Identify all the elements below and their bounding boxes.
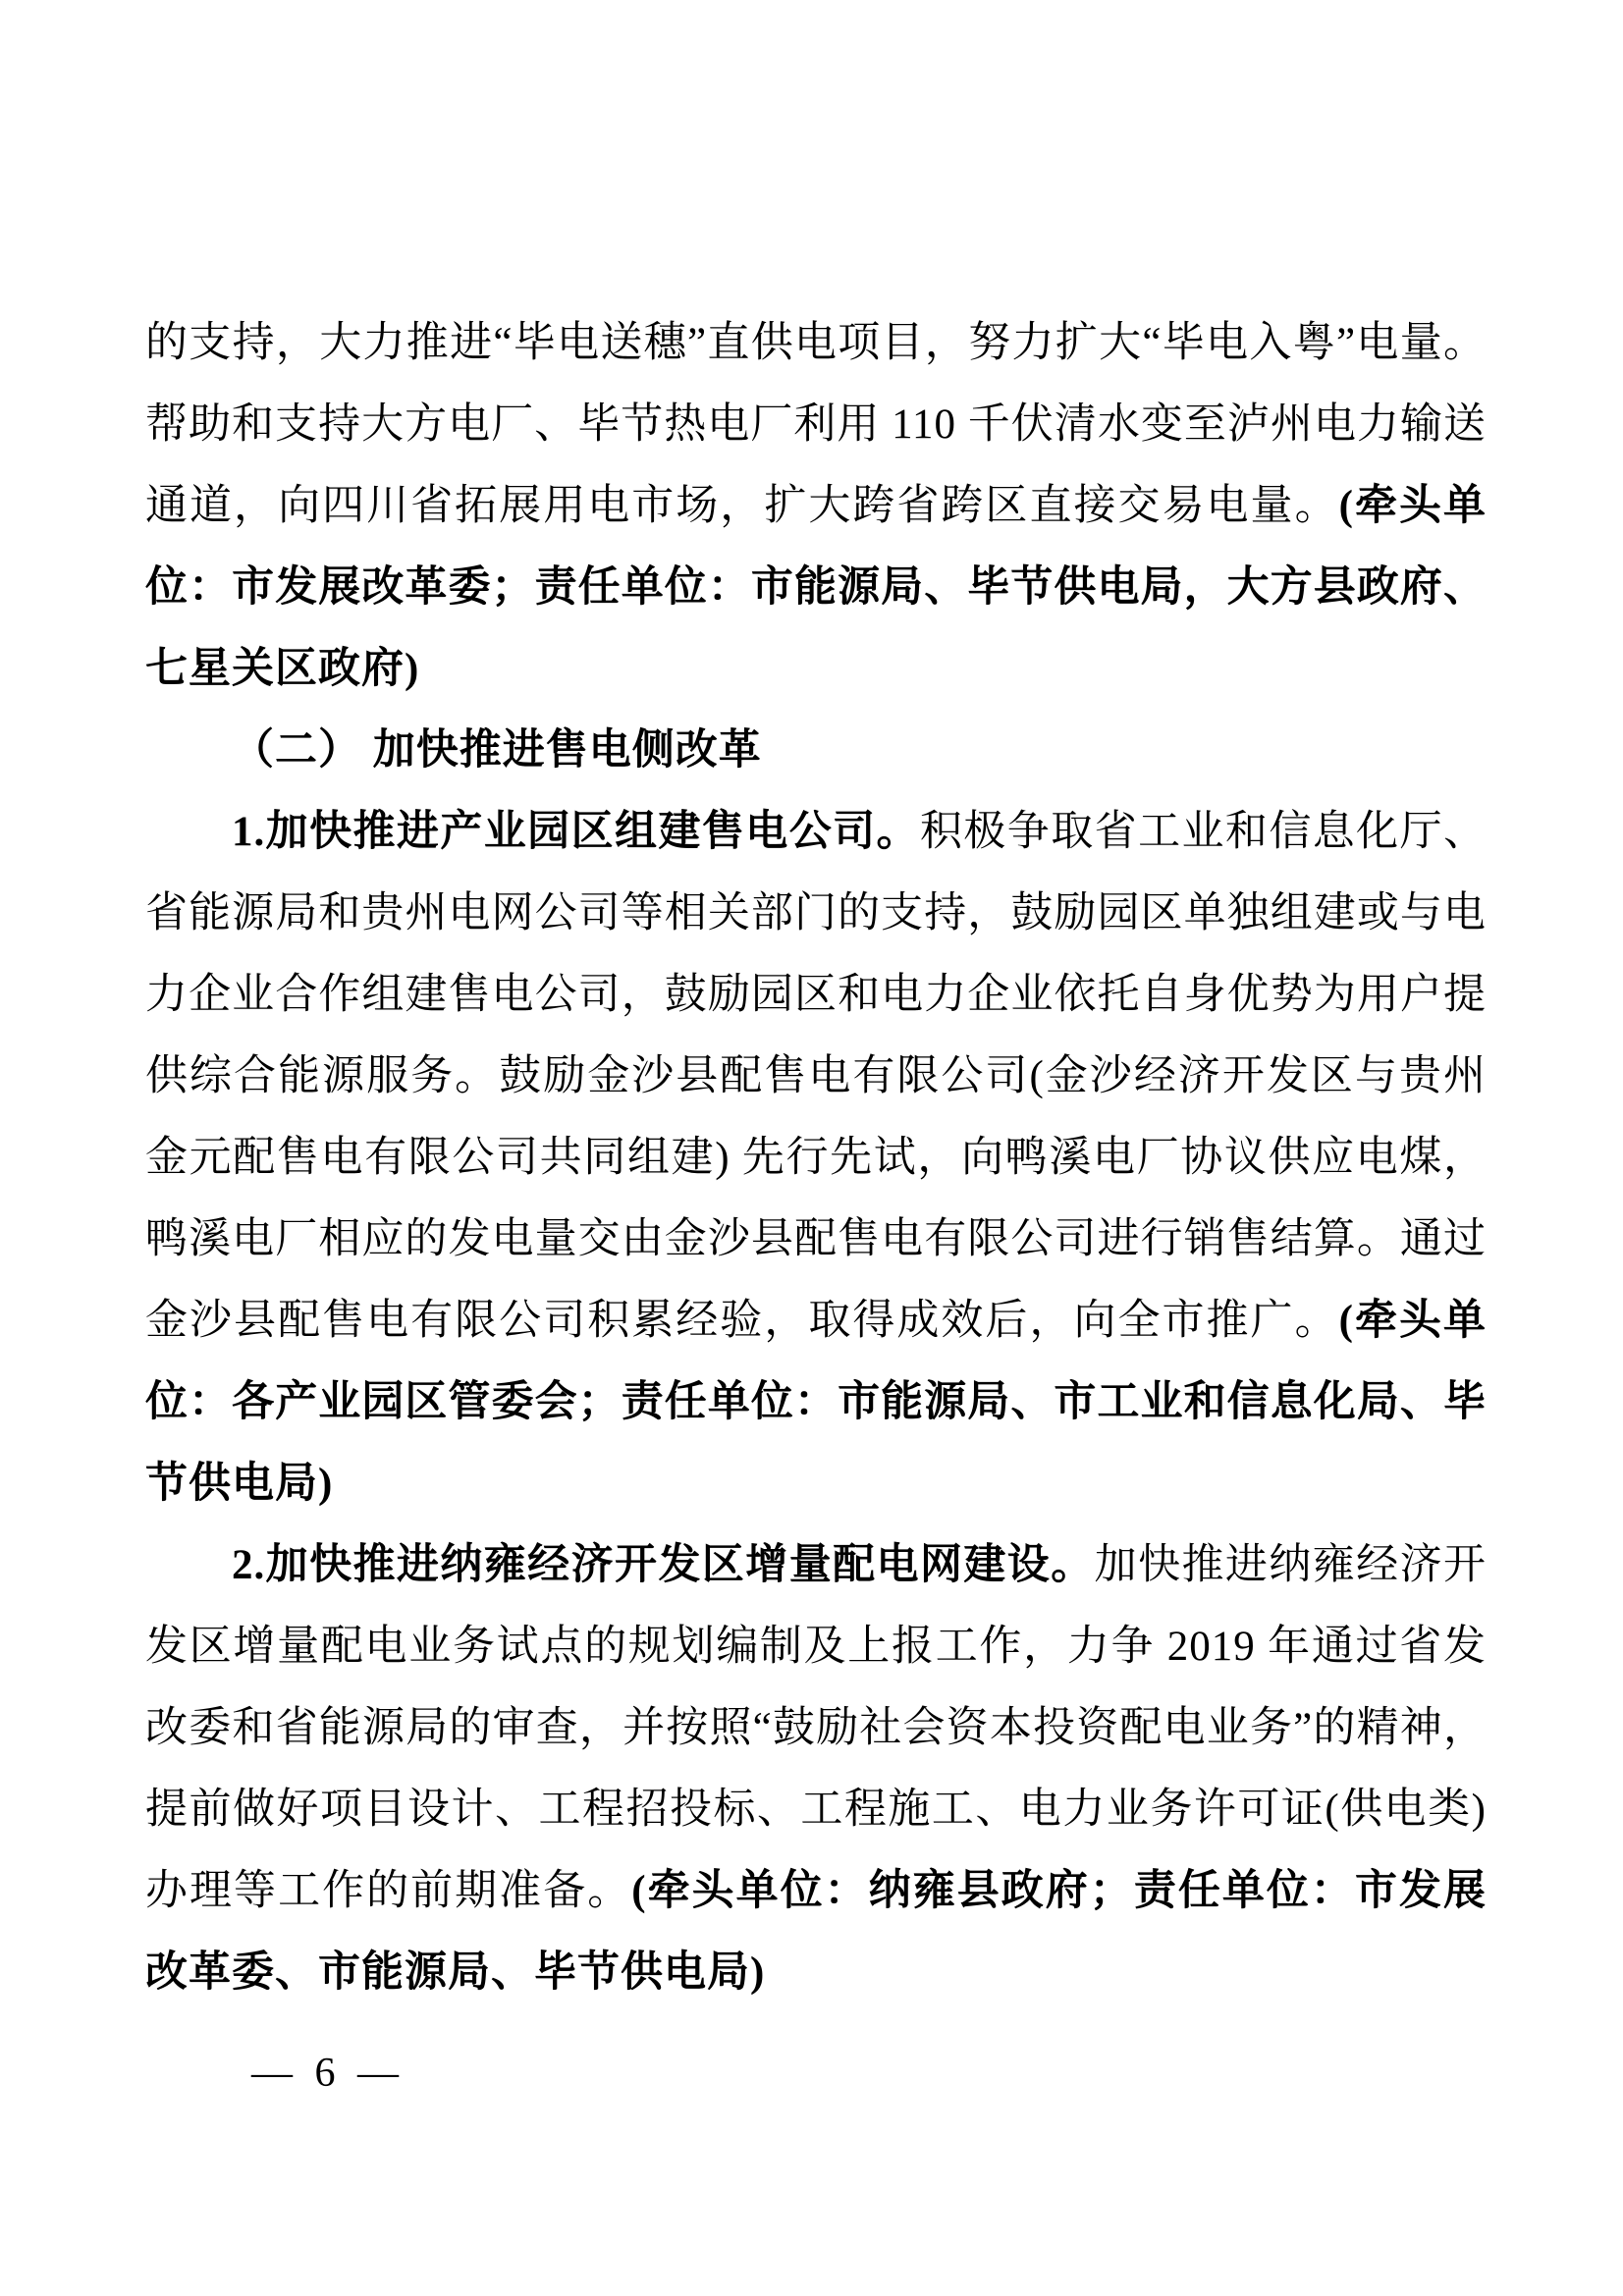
- section-heading: （二） 加快推进售电侧改革: [145, 710, 1487, 791]
- item-2-lead-sentence: 2.加快推进纳雍经济开发区增量配电网建设。: [232, 1542, 1095, 1588]
- document-body: 的支持，大力推进“毕电送穗”直供电项目，努力扩大“毕电入粤”电量。帮助和支持大方…: [145, 302, 1487, 2013]
- item-1-body-text: 积极争取省工业和信息化厅、省能源局和贵州电网公司等相关部门的支持，鼓励园区单独组…: [145, 809, 1487, 1344]
- item-2-body-text: 加快推进纳雍经济开发区增量配电业务试点的规划编制及上报工作，力争 2019 年通…: [145, 1542, 1487, 1914]
- item-1-lead-sentence: 1.加快推进产业园区组建售电公司。: [232, 809, 920, 855]
- paragraph-continuation: 的支持，大力推进“毕电送穗”直供电项目，努力扩大“毕电入粤”电量。帮助和支持大方…: [145, 302, 1487, 710]
- paragraph-item-1: 1.加快推进产业园区组建售电公司。积极争取省工业和信息化厅、省能源局和贵州电网公…: [145, 791, 1487, 1524]
- section-heading-text: （二） 加快推进售电侧改革: [232, 727, 762, 774]
- document-page: 的支持，大力推进“毕电送穗”直供电项目，努力扩大“毕电入粤”电量。帮助和支持大方…: [0, 0, 1623, 2296]
- paragraph-text: 的支持，大力推进“毕电送穗”直供电项目，努力扩大“毕电入粤”电量。帮助和支持大方…: [145, 320, 1487, 529]
- page-number: — 6 —: [251, 2044, 405, 2103]
- paragraph-item-2: 2.加快推进纳雍经济开发区增量配电网建设。加快推进纳雍经济开发区增量配电业务试点…: [145, 1524, 1487, 2013]
